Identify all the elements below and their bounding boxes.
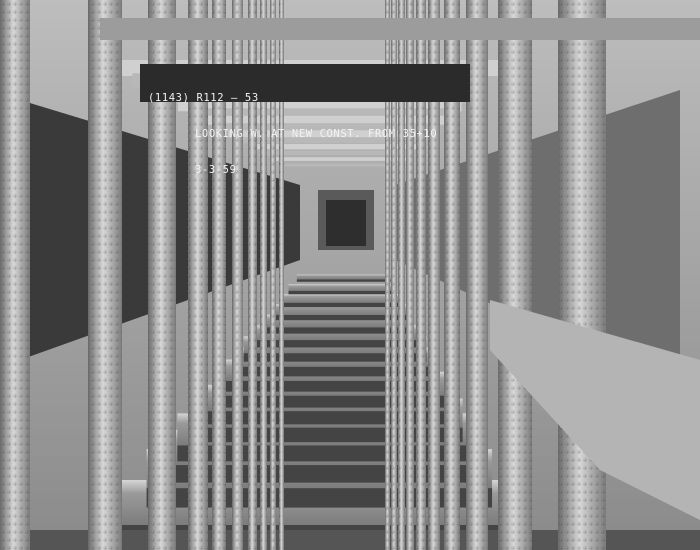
caption-photo-id: (1143) xyxy=(148,92,190,104)
construction-photo: (1143) R112 — 53 LOOKING W. AT NEW CONST… xyxy=(0,0,700,550)
caption-date: 3-3-59 xyxy=(148,164,437,176)
caption-reference: R112 — 53 xyxy=(196,92,258,104)
photo-caption: (1143) R112 — 53 LOOKING W. AT NEW CONST… xyxy=(148,68,437,200)
caption-description: LOOKING W. AT NEW CONST. FROM 35+10 xyxy=(148,128,437,140)
